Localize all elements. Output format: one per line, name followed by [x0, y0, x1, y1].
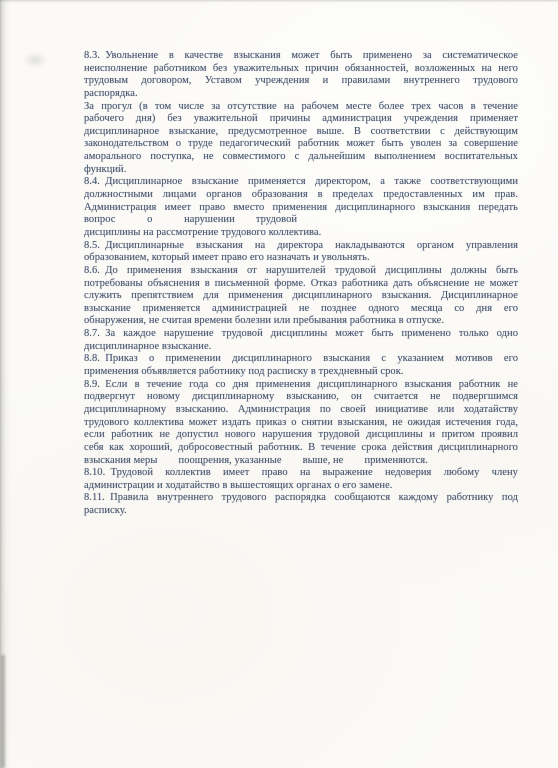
scan-edge-left [0, 0, 12, 768]
text-line: 8.9. Если в течение года со дня применен… [84, 379, 518, 392]
text-line: потребованы объяснения в письменной форм… [84, 278, 518, 291]
text-line: Администрация имеет право вместо примене… [84, 202, 518, 215]
text-line: себя как хороший, добросовестный работни… [84, 442, 518, 455]
paragraph: 8.4. Дисциплинарное взыскание применяетс… [84, 176, 518, 239]
paragraph: 8.8. Приказ о применении дисциплинарного… [84, 353, 518, 378]
text-line: аморального поступка, не совместимого с … [84, 151, 518, 164]
text-line: вопрос о нарушении трудовой [84, 214, 518, 227]
paragraph: 8.11. Правила внутреннего трудового расп… [84, 492, 518, 517]
text-line: 8.3. Увольнение в качестве взыскания мож… [84, 50, 518, 63]
text-line: дисциплинарному взысканию. Администрация… [84, 404, 518, 417]
text-line: расписку. [84, 505, 518, 518]
text-line: трудовым договором, Уставом учреждения и… [84, 75, 518, 88]
text-line: подвергнут новому дисциплинарному взыска… [84, 391, 518, 404]
text-line: трудового коллектива может издать приказ… [84, 417, 518, 430]
paragraph: 8.10. Трудовой коллектив имеет право на … [84, 467, 518, 492]
text-line: 8.5. Дисциплинарные взыскания на директо… [84, 240, 518, 253]
paragraph: 8.9. Если в течение года со дня применен… [84, 379, 518, 467]
text-line: дисциплинарное взыскание. [84, 341, 518, 354]
text-line: дисциплины на рассмотрение трудового кол… [84, 227, 518, 240]
text-line: функций. [84, 164, 518, 177]
text-line: взыскание применяется администрацией не … [84, 303, 518, 316]
document-body: 8.3. Увольнение в качестве взыскания мож… [84, 50, 518, 518]
text-line: рабочего дня) без уважительной причины а… [84, 113, 518, 126]
text-line: законодательством о труде педагогический… [84, 138, 518, 151]
paragraph: 8.7. За каждое нарушение трудовой дисцип… [84, 328, 518, 353]
text-line: администрации и ходатайство в вышестоящи… [84, 480, 518, 493]
text-line: 8.4. Дисциплинарное взыскание применяетс… [84, 176, 518, 189]
text-line: 8.7. За каждое нарушение трудовой дисцип… [84, 328, 518, 341]
paragraph: 8.3. Увольнение в качестве взыскания мож… [84, 50, 518, 101]
text-line: 8.6. До применения взыскания от нарушите… [84, 265, 518, 278]
text-line: если работник не допустил нового нарушен… [84, 429, 518, 442]
paragraph: За прогул (в том числе за отсутствие на … [84, 101, 518, 177]
text-line: взыскания меры поощрения, указанные выше… [84, 455, 518, 468]
text-line: 8.10. Трудовой коллектив имеет право на … [84, 467, 518, 480]
scan-smudge [22, 52, 48, 68]
text-line: 8.11. Правила внутреннего трудового расп… [84, 492, 518, 505]
paragraph: 8.6. До применения взыскания от нарушите… [84, 265, 518, 328]
text-line: дисциплинарное взыскание, предусмотренно… [84, 126, 518, 139]
text-line: неисполнение работником без уважительных… [84, 63, 518, 76]
text-line: применения объявляется работнику под рас… [84, 366, 518, 379]
text-line: должностными лицами органов образования … [84, 189, 518, 202]
text-line: служить препятствием для применения дисц… [84, 290, 518, 303]
scan-edge-top [0, 0, 558, 3]
text-line: обнаружения, не считая времени болезни и… [84, 315, 518, 328]
text-line: 8.8. Приказ о применении дисциплинарного… [84, 353, 518, 366]
text-line: За прогул (в том числе за отсутствие на … [84, 101, 518, 114]
text-line: образованием, который имеет право его на… [84, 252, 518, 265]
text-line: распорядка. [84, 88, 518, 101]
paragraph: 8.5. Дисциплинарные взыскания на директо… [84, 240, 518, 265]
scanned-page: 8.3. Увольнение в качестве взыскания мож… [0, 0, 558, 768]
scan-edge-left-bottom [1, 655, 5, 768]
